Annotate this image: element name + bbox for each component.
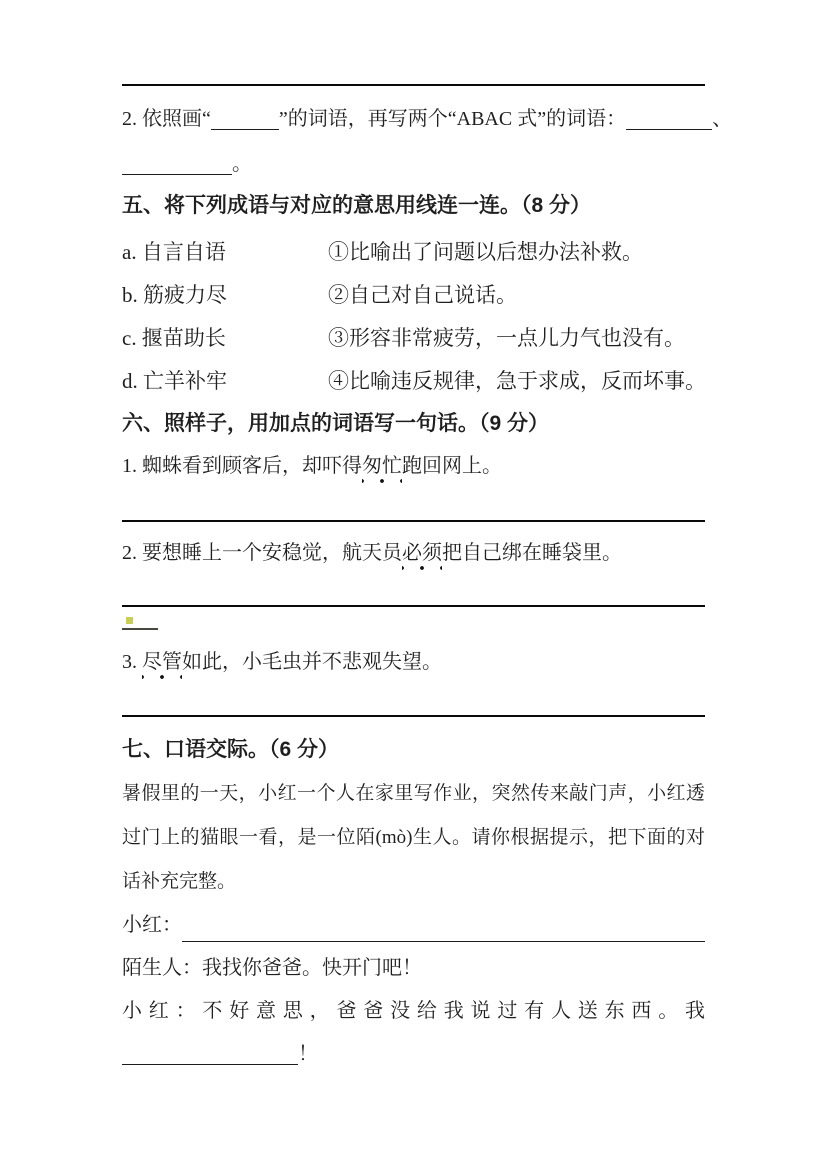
answer-line-2[interactable] [122,605,705,607]
section-7-title: 七、口语交际。（6 分） [122,735,705,765]
meaning-2: ②自己对自己说话。 [328,280,517,310]
dialog-closing-line: ！ [122,1039,705,1069]
sentence-1-emphasized: 匆忙 [362,455,402,484]
sentence-3-after: 如此，小毛虫并不悲观失望。 [182,651,442,673]
intro-line-3: 话补充完整。 [122,860,705,904]
sentence-1-before: 1. 蜘蛛看到顾客后，却吓得 [122,455,362,477]
answer-line-1[interactable] [122,520,705,522]
closing-punct: ！ [298,1043,318,1065]
sentence-2-emphasized: 必须 [402,542,442,571]
idiom-b: b. 筋疲力尽 [122,280,328,310]
question-2-separator: 、 [712,108,732,130]
sentence-3: 3. 尽管如此，小毛虫并不悲观失望。 [122,647,705,677]
section-5-title: 五、将下列成语与对应的意思用线连一连。（8 分） [122,191,705,221]
question-2-text-mid: ”的词语，再写两个“ABAC 式”的词语： [279,108,626,130]
meaning-3: ③形容非常疲劳，一点儿力气也没有。 [328,323,685,353]
question-2-blank-2[interactable] [626,105,712,130]
sentence-1: 1. 蜘蛛看到顾客后，却吓得匆忙跑回网上。 [122,451,705,481]
section-6-title: 六、照样子，用加点的词语写一句话。（9 分） [122,409,705,439]
idiom-c: c. 揠苗助长 [122,323,328,353]
intro-line-1: 暑假里的一天，小红一个人在家里写作业，突然传来敲门声，小红透 [122,772,705,816]
idiom-a: a. 自言自语 [122,237,328,267]
dialog-xiaohong-2: 小红：不好意思，爸爸没给我说过有人送东西。我 [122,996,705,1026]
question-2-period: 。 [232,153,252,175]
short-answer-line[interactable] [122,628,158,630]
dialog-xiaohong-1: 小红： [122,910,705,940]
closing-answer-blank[interactable] [122,1040,298,1065]
match-row-b: b. 筋疲力尽 ②自己对自己说话。 [122,280,705,310]
highlight-marker [126,617,133,624]
worksheet-page: 2. 依照画“”的词语，再写两个“ABAC 式”的词语：、 。 五、将下列成语与… [0,0,827,1169]
match-row-a: a. 自言自语 ①比喻出了问题以后想办法补救。 [122,237,705,267]
idiom-d: d. 亡羊补牢 [122,366,328,396]
meaning-4: ④比喻违反规律，急于求成，反而坏事。 [328,366,706,396]
question-2-line1: 2. 依照画“”的词语，再写两个“ABAC 式”的词语：、 [122,104,705,134]
sentence-2-before: 2. 要想睡上一个安稳觉，航天员 [122,542,402,564]
question-2-blank-1[interactable] [211,105,279,130]
question-2-blank-3[interactable] [122,150,232,175]
answer-line-3[interactable] [122,715,705,717]
meaning-1: ①比喻出了问题以后想办法补救。 [328,237,643,267]
sentence-2-after: 把自己绑在睡袋里。 [442,542,622,564]
match-row-c: c. 揠苗助长 ③形容非常疲劳，一点儿力气也没有。 [122,323,705,353]
question-2-text-before: 2. 依照画“ [122,108,211,130]
sentence-2: 2. 要想睡上一个安稳觉，航天员必须把自己绑在睡袋里。 [122,538,705,568]
intro-line-2: 过门上的猫眼一看，是一位陌(mò)生人。请你根据提示，把下面的对 [122,816,705,860]
top-divider [122,84,705,86]
sentence-1-after: 跑回网上。 [402,455,502,477]
sentence-3-emphasized: 尽管 [142,651,182,680]
xiaohong-answer-blank[interactable] [182,917,705,942]
sentence-3-before: 3. [122,651,142,673]
question-2-line2: 。 [122,149,705,179]
xiaohong-label: 小红： [122,910,182,940]
dialog-stranger: 陌生人：我找你爸爸。快开门吧！ [122,953,705,983]
match-row-d: d. 亡羊补牢 ④比喻违反规律，急于求成，反而坏事。 [122,366,705,396]
